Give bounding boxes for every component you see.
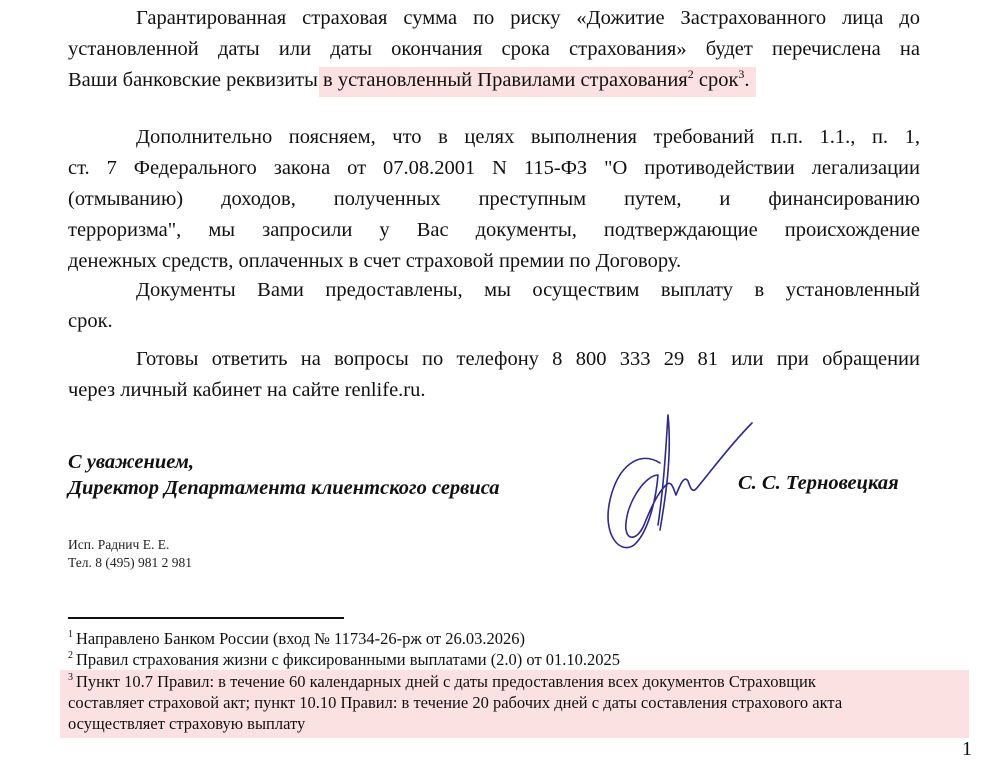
text-line: Документы Вами предоставлены, мы осущест… [68,275,920,306]
footnote-3-highlighted: 3Пункт 10.7 Правил: в течение 60 календа… [60,670,969,738]
closing-regards: С уважением, [68,448,194,477]
paragraph-documents: Документы Вами предоставлены, мы осущест… [68,275,920,337]
text-line: Гарантированная страховая сумма по риску… [68,3,920,34]
footnote-number: 1 [68,629,73,640]
text-line: терроризма", мы запросили у Вас документ… [68,215,920,246]
footnote-3-line: 3Пункт 10.7 Правил: в течение 60 календа… [68,671,961,692]
text-line: Дополнительно поясняем, что в целях выпо… [68,122,920,153]
text-span: срок [694,69,739,91]
signer-name: С. С. Терновецкая [738,472,899,495]
footnote-text: Правил страхования жизни с фиксированным… [76,650,620,669]
executor-name: Исп. Раднич Е. Е. [68,536,169,554]
text-span: Ваши банковские реквизиты [68,69,323,91]
text-line: установленной даты или даты окончания ср… [68,34,920,65]
footnote-text: Пункт 10.7 Правил: в течение 60 календар… [76,672,816,691]
text-line: через личный кабинет на сайте renlife.ru… [68,375,920,406]
executor-phone: Тел. 8 (495) 981 2 981 [68,554,192,572]
page-number: 1 [962,738,972,761]
text-line: Ваши банковские реквизиты в установленны… [68,65,920,96]
text-line: срок. [68,306,920,337]
footnote-1: 1Направлено Банком России (вход № 11734-… [68,628,968,649]
text-line: Готовы ответить на вопросы по телефону 8… [68,344,920,375]
text-line: (отмыванию) доходов, полученных преступн… [68,184,920,215]
signer-position: Директор Департамента клиентского сервис… [68,474,500,503]
paragraph-contact: Готовы ответить на вопросы по телефону 8… [68,344,920,406]
paragraph-payout: Гарантированная страховая сумма по риску… [68,3,920,96]
footnote-3-line: осуществляет страховую выплату [68,713,961,734]
text-line: ст. 7 Федерального закона от 07.08.2001 … [68,153,920,184]
highlighted-text: в установленный Правилами страхования2 с… [319,67,756,97]
footnote-text: Направлено Банком России (вход № 11734-2… [76,629,525,648]
signature-icon [600,405,760,555]
footnote-3-line: составляет страховой акт; пункт 10.10 Пр… [68,692,961,713]
footnotes: 1Направлено Банком России (вход № 11734-… [68,628,968,738]
text-span: . [744,69,749,91]
paragraph-aml: Дополнительно поясняем, что в целях выпо… [68,122,920,277]
footnote-number: 3 [68,672,73,683]
footnote-number: 2 [68,650,73,661]
footnote-separator [68,617,344,619]
text-line: денежных средств, оплаченных в счет стра… [68,246,920,277]
text-span: в установленный Правилами страхования [323,69,688,91]
footnote-2: 2Правил страхования жизни с фиксированны… [68,649,968,670]
